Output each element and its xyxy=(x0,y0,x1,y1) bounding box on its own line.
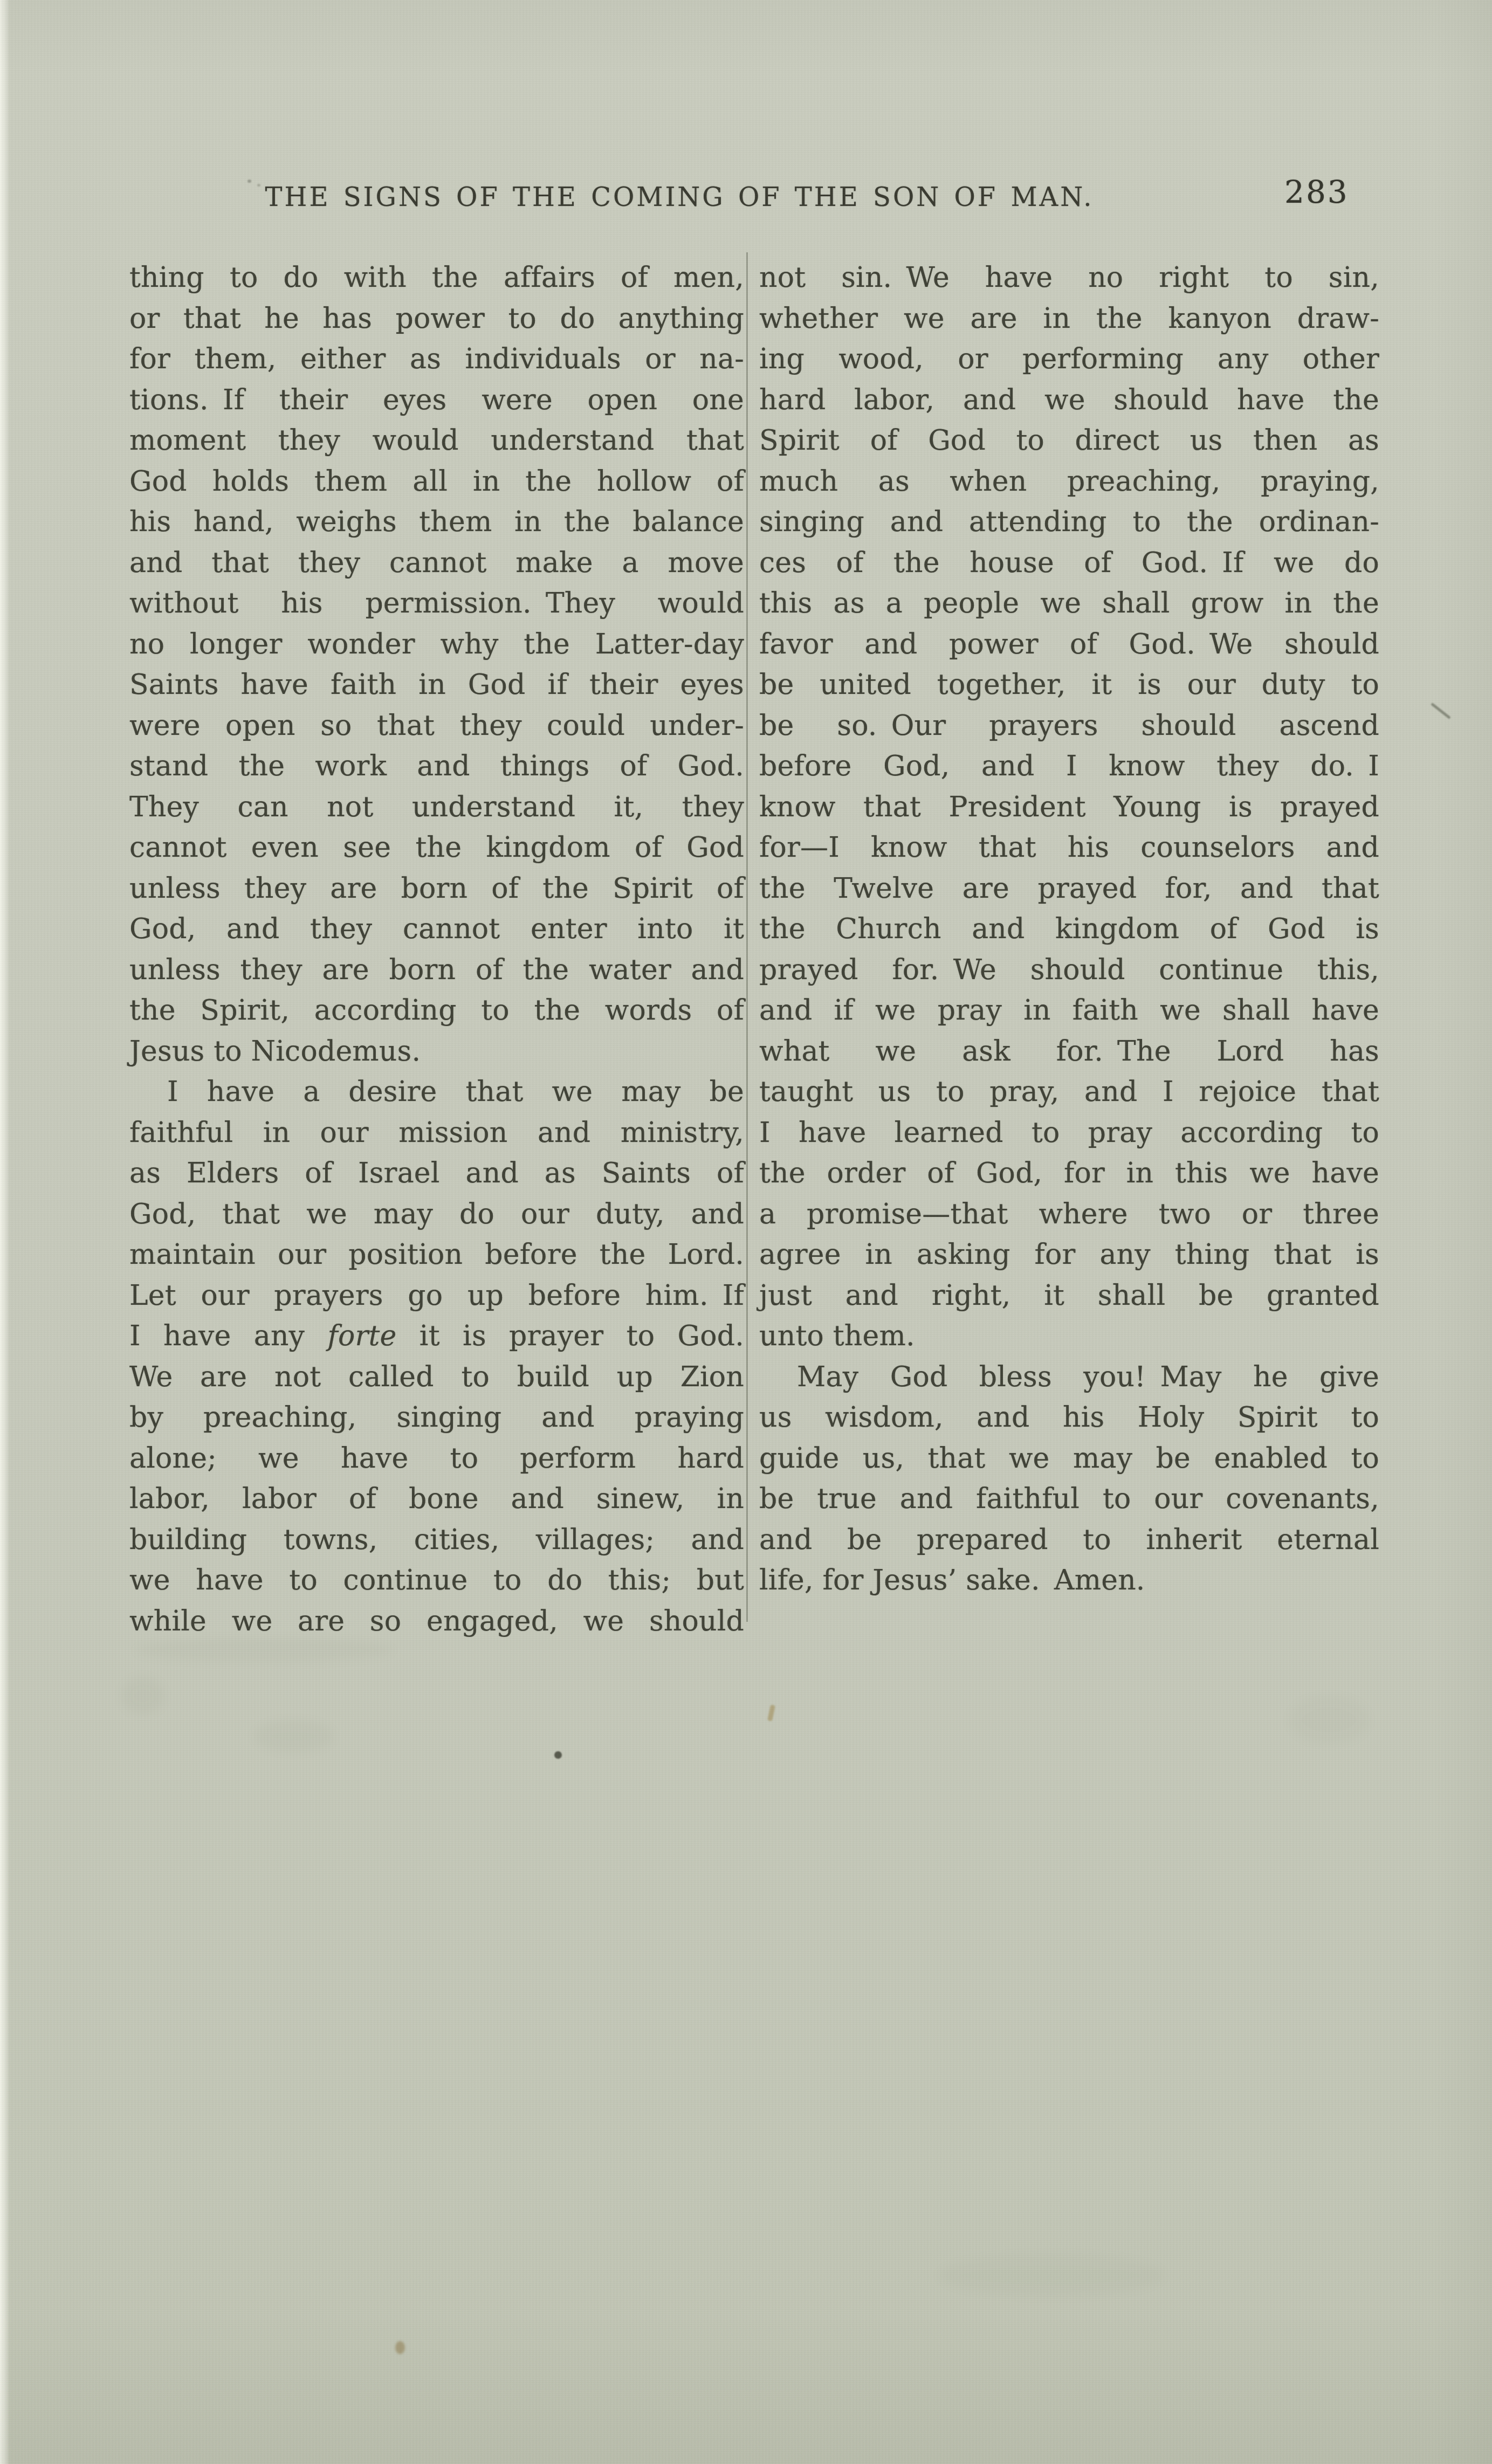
text-segment: I have any xyxy=(129,1320,327,1352)
text-line: I have any forte it is prayer to God. xyxy=(129,1316,744,1357)
scanned-book-page: THE SIGNS OF THE COMING OF THE SON OF MA… xyxy=(0,0,1492,2464)
text-line: us wisdom, and his Holy Spirit to xyxy=(759,1398,1379,1439)
text-line: just and right, it shall be granted xyxy=(759,1276,1379,1317)
text-line: be true and faithful to our covenants, xyxy=(759,1479,1379,1520)
text-line: or that he has power to do anything xyxy=(129,299,744,340)
text-line: his hand, weighs them in the balance xyxy=(129,502,744,543)
text-line: labor, labor of bone and sinew, in xyxy=(129,1479,744,1520)
text-line: the order of God, for in this we have xyxy=(759,1153,1379,1194)
text-line: without his permission. They would xyxy=(129,583,744,624)
scratch-mark xyxy=(1431,703,1451,719)
text-line: unless they are born of the water and xyxy=(129,950,744,991)
text-line: God, that we may do our duty, and xyxy=(129,1194,744,1235)
text-line: unless they are born of the Spirit of xyxy=(129,869,744,910)
text-line: for them, either as individuals or na- xyxy=(129,339,744,380)
text-line: before God, and I know they do. I xyxy=(759,746,1379,787)
text-line: May God bless you! May he give xyxy=(759,1357,1379,1398)
text-line: as Elders of Israel and as Saints of xyxy=(129,1153,744,1194)
text-line: the Church and kingdom of God is xyxy=(759,909,1379,950)
text-line: alone; we have to perform hard xyxy=(129,1439,744,1479)
text-line: were open so that they could under- xyxy=(129,706,744,747)
text-line: tions. If their eyes were open one xyxy=(129,380,744,421)
text-line: thing to do with the affairs of men, xyxy=(129,258,744,299)
text-line: guide us, that we may be enabled to xyxy=(759,1439,1379,1479)
column-divider-rule xyxy=(746,252,748,1622)
text-line: hard labor, and we should have the xyxy=(759,380,1379,421)
text-line: know that President Young is prayed xyxy=(759,787,1379,828)
text-line: I have learned to pray according to xyxy=(759,1113,1379,1154)
text-line: the Spirit, according to the words of xyxy=(129,990,744,1031)
text-line: Let our prayers go up before him. If xyxy=(129,1276,744,1317)
text-line: and if we pray in faith we shall have xyxy=(759,990,1379,1031)
text-line: and be prepared to inherit eternal xyxy=(759,1520,1379,1561)
text-line: not sin. We have no right to sin, xyxy=(759,258,1379,299)
text-line: we have to continue to do this; but xyxy=(129,1560,744,1601)
text-line: what we ask for. The Lord has xyxy=(759,1031,1379,1072)
page-number: 283 xyxy=(1284,174,1349,210)
scan-left-edge xyxy=(0,0,10,2464)
text-line: maintain our position before the Lord. xyxy=(129,1235,744,1276)
italic-text: forte xyxy=(327,1320,396,1352)
text-line: cannot even see the kingdom of God xyxy=(129,828,744,869)
text-line: prayed for. We should continue this, xyxy=(759,950,1379,991)
text-line: Spirit of God to direct us then as xyxy=(759,421,1379,462)
running-header-title: THE SIGNS OF THE COMING OF THE SON OF MA… xyxy=(232,182,1127,212)
text-line: They can not understand it, they xyxy=(129,787,744,828)
text-line: ing wood, or performing any other xyxy=(759,339,1379,380)
text-line: We are not called to build up Zion xyxy=(129,1357,744,1398)
ink-dot xyxy=(554,1751,562,1759)
text-line: while we are so engaged, we should xyxy=(129,1601,744,1642)
text-line: favor and power of God. We should xyxy=(759,624,1379,665)
foxing-spot xyxy=(395,2341,405,2354)
column-right: not sin. We have no right to sin,whether… xyxy=(759,258,1379,1601)
show-through-stain xyxy=(121,1677,164,1715)
text-line: no longer wonder why the Latter-day xyxy=(129,624,744,665)
text-line: singing and attending to the ordinan- xyxy=(759,502,1379,543)
text-line: God, and they cannot enter into it xyxy=(129,909,744,950)
text-line: Jesus to Nicodemus. xyxy=(129,1031,744,1072)
foxing-mark xyxy=(767,1704,775,1721)
text-line: whether we are in the kanyon draw- xyxy=(759,299,1379,340)
show-through-stain xyxy=(253,1720,334,1752)
text-line: I have a desire that we may be xyxy=(129,1072,744,1113)
text-line: faithful in our mission and ministry, xyxy=(129,1113,744,1154)
text-line: ces of the house of God. If we do xyxy=(759,543,1379,584)
text-line: be so. Our prayers should ascend xyxy=(759,706,1379,747)
text-line: by preaching, singing and praying xyxy=(129,1398,744,1439)
text-line: be united together, it is our duty to xyxy=(759,665,1379,706)
column-left: thing to do with the affairs of men,or t… xyxy=(129,258,744,1642)
text-line: a promise—that where two or three xyxy=(759,1194,1379,1235)
text-line: life, for Jesus’ sake. Amen. xyxy=(759,1560,1379,1601)
text-line: agree in asking for any thing that is xyxy=(759,1235,1379,1276)
text-line: building towns, cities, villages; and xyxy=(129,1520,744,1561)
show-through-stain xyxy=(1289,1696,1370,1744)
text-line: moment they would understand that xyxy=(129,421,744,462)
text-segment: it is prayer to God. xyxy=(397,1320,744,1352)
text-line: Saints have faith in God if their eyes xyxy=(129,665,744,706)
text-line: God holds them all in the hollow of xyxy=(129,462,744,503)
text-line: stand the work and things of God. xyxy=(129,746,744,787)
text-line: the Twelve are prayed for, and that xyxy=(759,869,1379,910)
text-line: this as a people we shall grow in the xyxy=(759,583,1379,624)
text-line: taught us to pray, and I rejoice that xyxy=(759,1072,1379,1113)
text-line: and that they cannot make a move xyxy=(129,543,744,584)
text-line: unto them. xyxy=(759,1316,1379,1357)
show-through-stain xyxy=(938,2254,1165,2297)
text-line: much as when preaching, praying, xyxy=(759,462,1379,503)
text-line: for—I know that his counselors and xyxy=(759,828,1379,869)
